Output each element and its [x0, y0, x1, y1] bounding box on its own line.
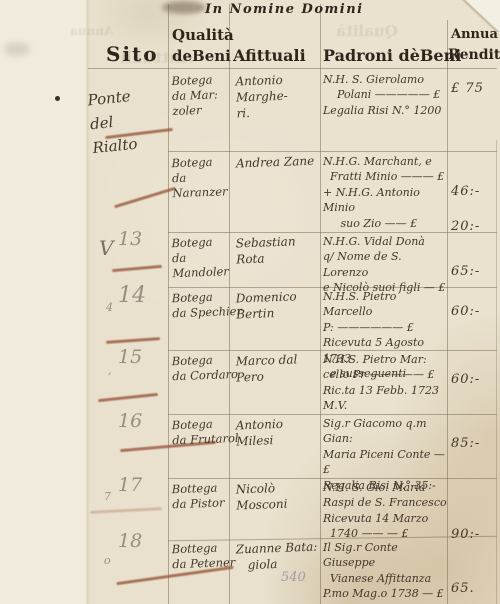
padroni-cell: Il Sig.r Conte Giuseppe Vianese Affittan… — [323, 540, 447, 602]
table-row: , 15 Botega da Cordaro Marco dal Pero N.… — [0, 350, 500, 413]
padroni-cell: N.H. S. Gierolamo Polani ————— £ Legalia… — [323, 72, 447, 118]
afittuali-cell: Antonio Marghe- ri. — [235, 72, 321, 122]
page-title: In Nomine Domini — [205, 2, 364, 17]
rendita-amount: 65:- — [451, 263, 497, 280]
qualita-cell: Botega da Frutarol — [171, 416, 242, 449]
afittuali-cell: Sebastian Rota — [235, 234, 320, 269]
column-header-qualita-line1: Qualità — [172, 26, 234, 44]
afittuali-cell: Antonio Milesi — [235, 416, 320, 451]
margin-number: 14 — [118, 283, 146, 308]
column-header-sito: Sito — [106, 42, 159, 66]
column-header-afittuali: Afittuali — [233, 46, 306, 65]
margin-check-mark: V — [99, 236, 113, 260]
table-row: o 18 Bottega da Petener Zuanne Bata: gio… — [0, 538, 500, 604]
afittuali-cell: Andrea Zane — [236, 154, 321, 173]
margin-number: 15 — [118, 346, 142, 368]
qualita-cell: Botega da Mar: zoler — [171, 72, 229, 119]
rendita-amount: 85:- — [451, 435, 497, 452]
header-rule — [88, 68, 497, 69]
rendita-amount: 65. — [451, 580, 497, 597]
qualita-cell: Bottega da Petener — [171, 540, 242, 573]
bleed-through-text: Annua — [70, 24, 113, 38]
padroni-cell: N.H.G. Marchant, e Fratti Minio ——— £ + … — [323, 154, 447, 231]
manuscript-page: Qualità Annua Afittuali In Nomine Domini… — [0, 0, 500, 604]
afittuali-cell: Marco dal Pero — [235, 352, 320, 387]
table-row: Botega da Naranzer Andrea Zane N.H.G. Ma… — [0, 152, 500, 231]
afittuali-cell: Zuanne Bata: giola — [235, 540, 320, 575]
column-header-qualita-line2: deBeni — [172, 47, 231, 65]
margin-number: 13 — [118, 228, 142, 250]
column-header-annua-line1: Annua — [451, 27, 498, 42]
margin-check-mark: o — [104, 554, 111, 567]
qualita-cell: Botega da Cordaro — [171, 352, 242, 385]
table-row: 16 Botega da Frutarol Antonio Milesi Sig… — [0, 414, 500, 477]
table-row: 4 14 Botega da Spechier Domenico Bertin … — [0, 287, 500, 349]
afittuali-cell: Nicolò Mosconi — [235, 480, 320, 515]
qualita-cell: Bottega da Pistor — [171, 480, 242, 513]
margin-check-mark: 7 — [104, 490, 111, 503]
padroni-cell: N.H. S. Gio: Maria Raspi de S. Francesco… — [323, 480, 447, 542]
table-row: V 13 Botega da Mandoler Sebastian Rota N… — [0, 232, 500, 286]
rendita-amount: 60:- — [451, 371, 497, 388]
padroni-cell: N.H.S. Pietro Mar: cello Pr ————— £ Ric.… — [323, 352, 447, 414]
smudge — [4, 42, 30, 56]
qualita-cell: Botega da Spechier — [171, 289, 242, 322]
margin-number: 17 — [118, 474, 142, 496]
margin-number: 18 — [118, 530, 142, 552]
margin-check-mark: , — [108, 364, 112, 377]
rendita-amount: 60:- — [451, 303, 497, 320]
rendita-amount: £ 75 — [451, 80, 497, 97]
bleed-through-text: Qualità — [336, 22, 398, 40]
rendita-amount: 46:- — [451, 183, 497, 200]
afittuali-cell: Domenico Bertin — [235, 289, 320, 324]
margin-number: 16 — [118, 410, 142, 432]
qualita-cell: Botega da Naranzer — [171, 154, 243, 202]
column-header-annua-line2: Rendita — [448, 47, 500, 63]
margin-check-mark: 4 — [106, 301, 113, 314]
column-header-padroni: Padroni dèBeni — [323, 46, 461, 65]
table-row: 7 17 Bottega da Pistor Nicolò Mosconi N.… — [0, 478, 500, 537]
qualita-cell: Botega da Mandoler — [171, 234, 243, 282]
table-row: Botega da Mar: zoler Antonio Marghe- ri.… — [0, 70, 500, 151]
